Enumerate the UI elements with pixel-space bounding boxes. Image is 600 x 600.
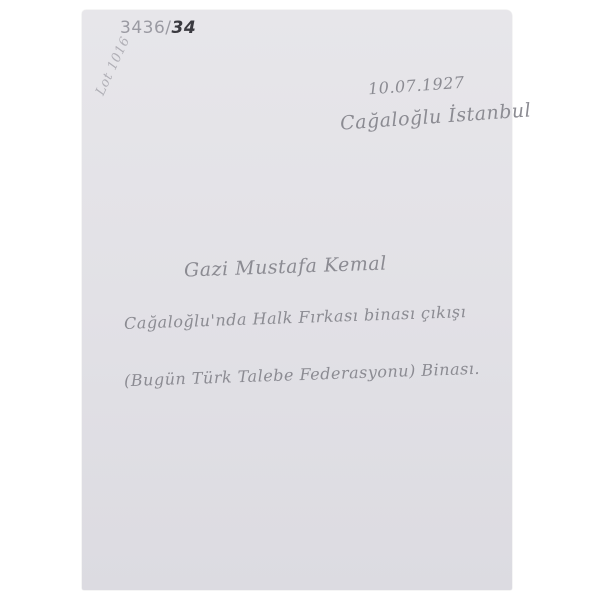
caption-line-2: Cağaloğlu'nda Halk Fırkası binası çıkışı bbox=[124, 302, 467, 333]
inventory-prefix: 3436/ bbox=[120, 18, 172, 38]
inventory-suffix: 34 bbox=[172, 18, 197, 38]
lot-note: Lot 1016 bbox=[94, 35, 134, 98]
inventory-number: 3436/34 bbox=[120, 18, 196, 38]
caption-line-3: (Bugün Türk Talebe Federasyonu) Binası. bbox=[124, 359, 480, 390]
date-note: 10.07.1927 bbox=[367, 73, 465, 99]
photo-back-paper: 3436/34 Lot 1016 10.07.1927 Cağaloğlu İs… bbox=[82, 10, 512, 590]
caption-line-1: Gazi Mustafa Kemal bbox=[184, 252, 387, 281]
place-note: Cağaloğlu İstanbul bbox=[339, 99, 531, 134]
